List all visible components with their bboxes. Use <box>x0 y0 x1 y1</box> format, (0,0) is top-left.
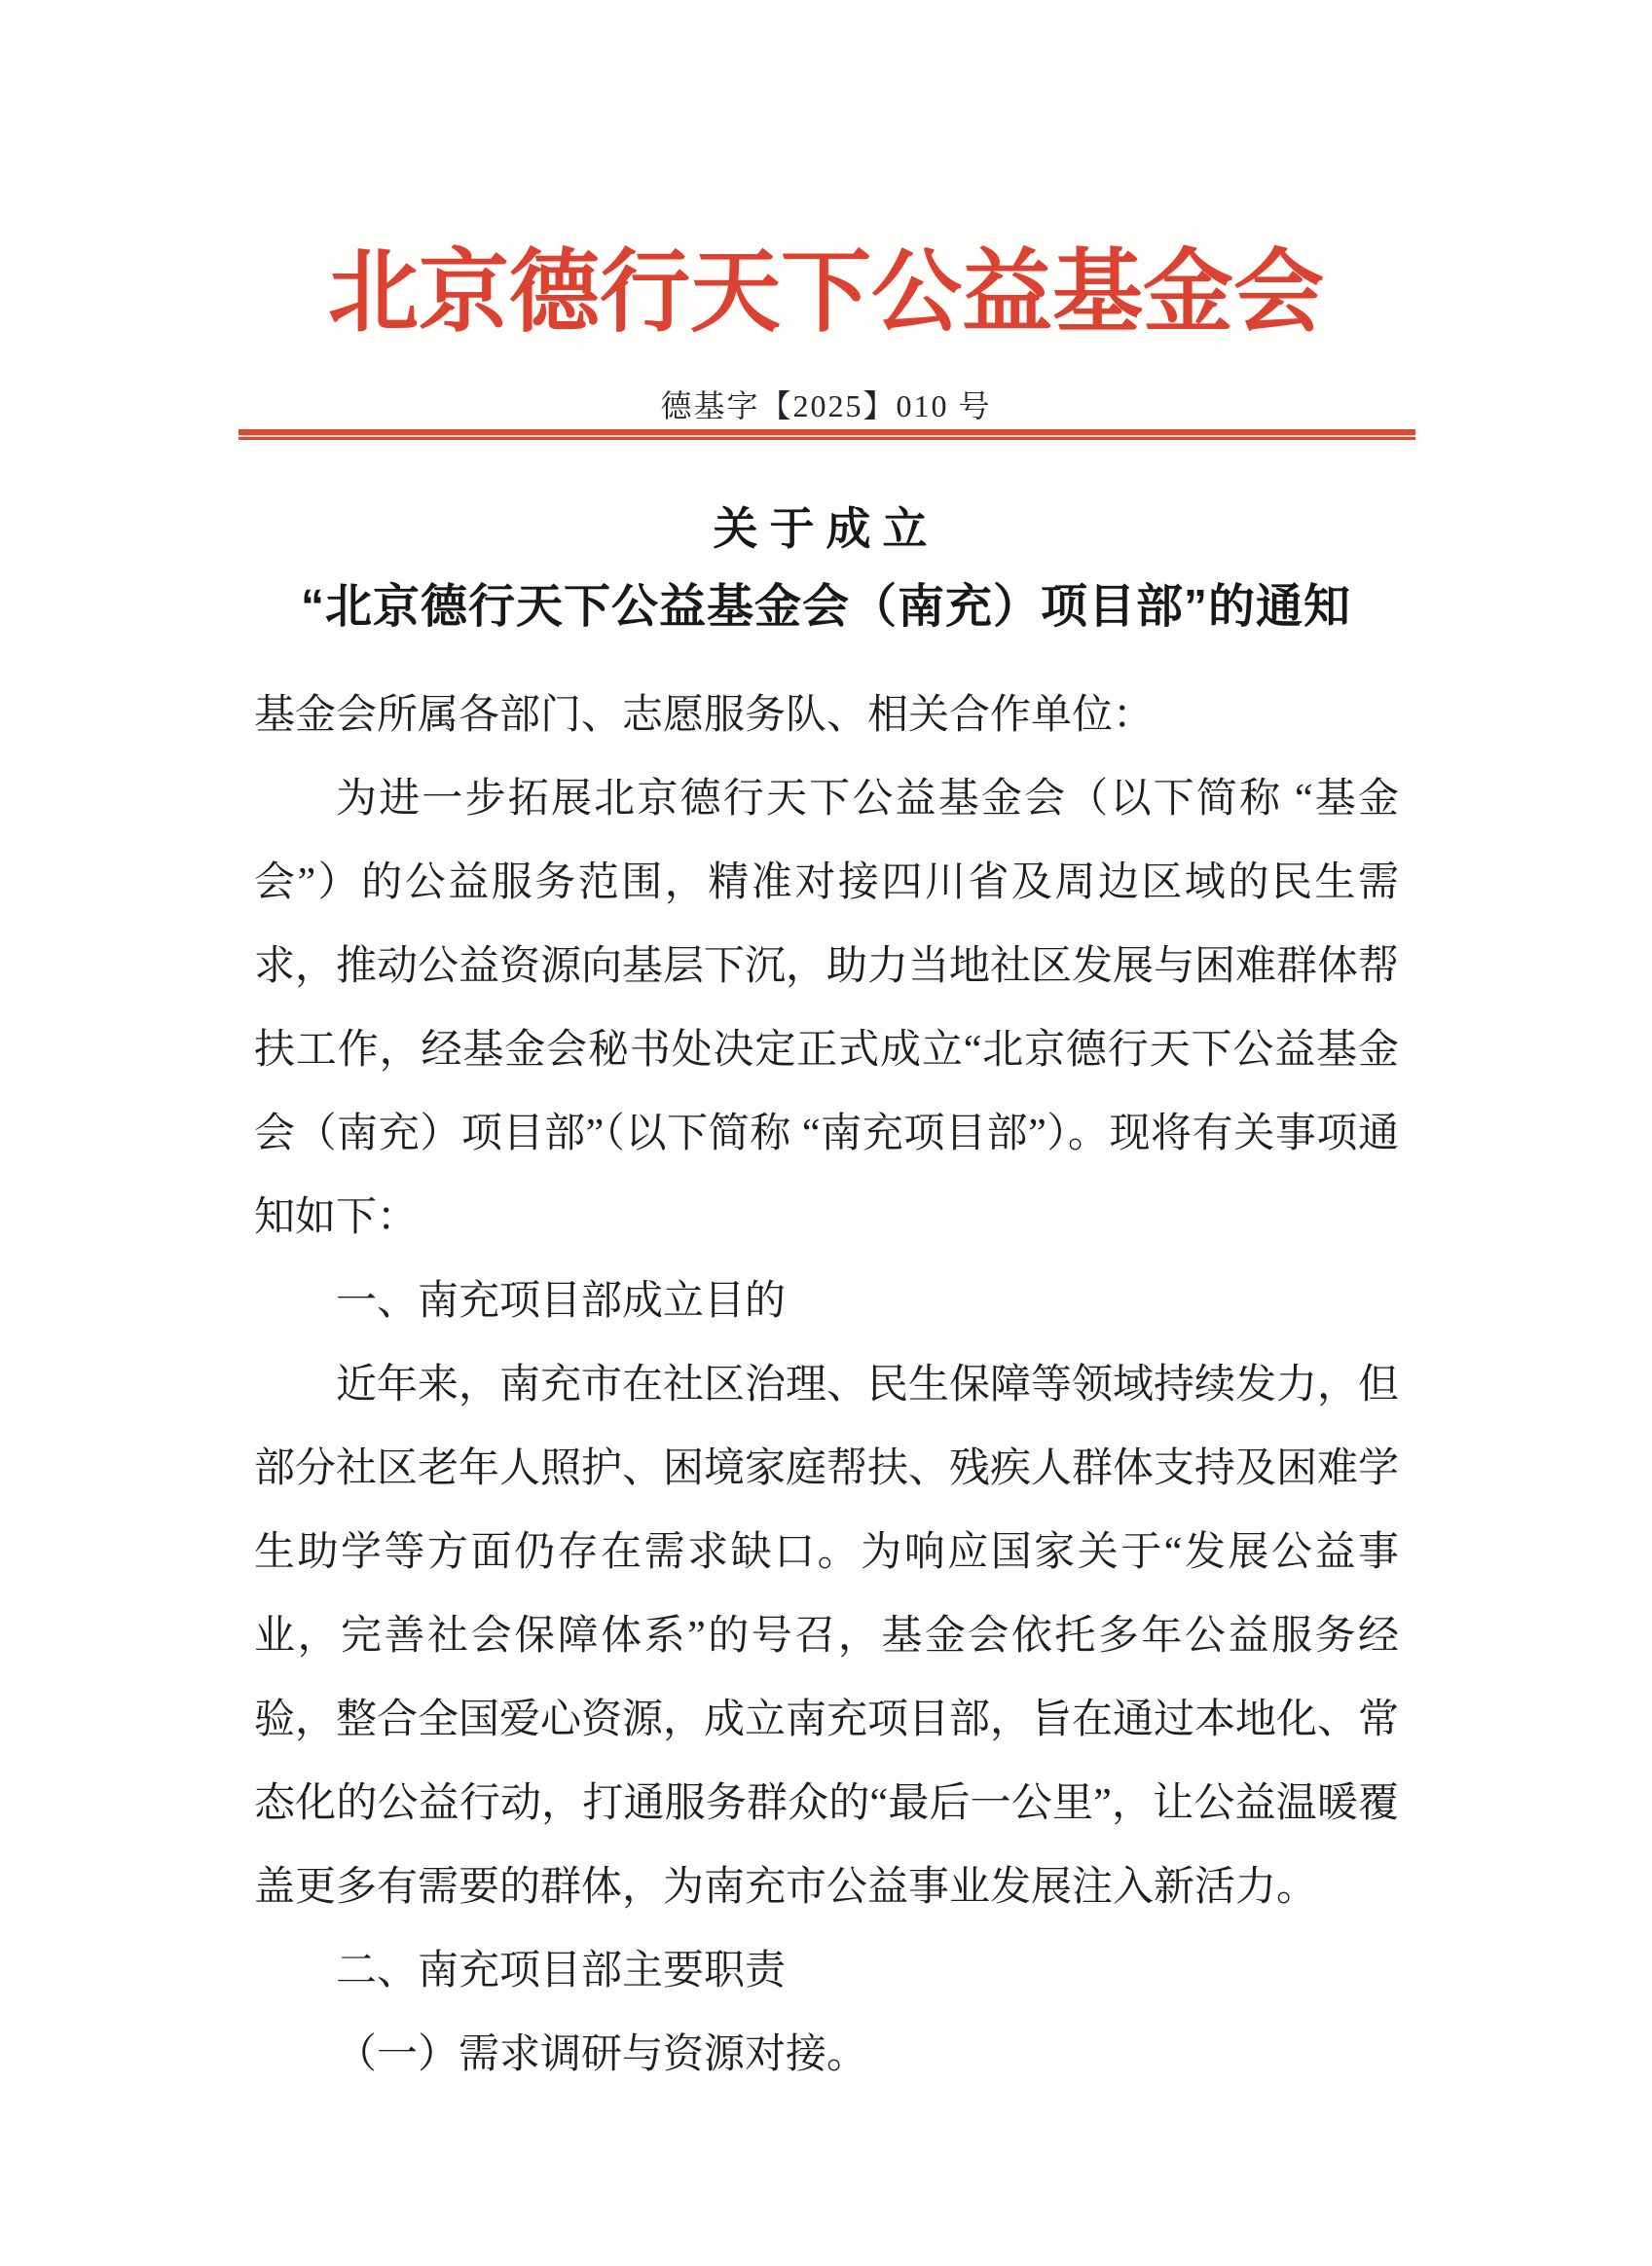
section-2-item-1: （一）需求调研与资源对接。 <box>254 2013 1399 2097</box>
section-1-paragraph: 近年来，南充市在社区治理、民生保障等领域持续发力，但部分社区老年人照护、困境家庭… <box>254 1343 1399 1929</box>
intro-paragraph: 为进一步拓展北京德行天下公益基金会（以下简称 “基金会”）的公益服务范围，精准对… <box>254 757 1399 1260</box>
section-heading-2: 二、南充项目部主要职责 <box>254 1929 1399 2013</box>
document-page: 北京德行天下公益基金会 德基字【2025】010 号 关于成立 “北京德行天下公… <box>0 0 1652 2266</box>
organization-masthead: 北京德行天下公益基金会 <box>0 240 1652 345</box>
masthead-divider-rule <box>239 429 1415 440</box>
document-reference-number: 德基字【2025】010 号 <box>0 382 1652 426</box>
notice-title-line-2: “北京德行天下公益基金会（南充）项目部”的通知 <box>0 568 1652 636</box>
salutation-line: 基金会所属各部门、志愿服务队、相关合作单位： <box>254 674 1399 757</box>
notice-body: 基金会所属各部门、志愿服务队、相关合作单位： 为进一步拓展北京德行天下公益基金会… <box>254 674 1399 2097</box>
section-heading-1: 一、南充项目部成立目的 <box>254 1260 1399 1343</box>
divider-thin-bar <box>239 437 1415 440</box>
notice-title-line-1: 关于成立 <box>0 493 1652 558</box>
